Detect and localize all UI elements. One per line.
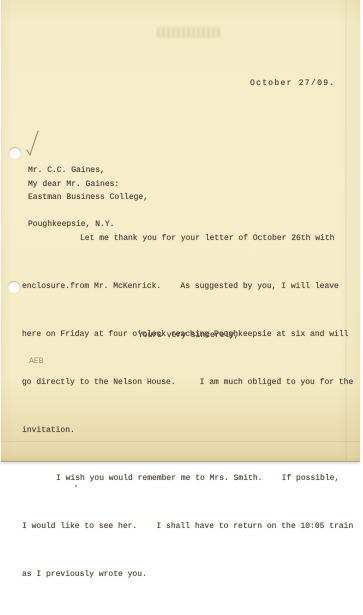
recipient-name: Mr. C.C. Gaines, <box>28 166 148 175</box>
body-line: Let me thank you for your letter of Octo… <box>22 231 353 247</box>
bleedthrough-smudge <box>157 27 221 38</box>
body-line: enclosure.from Mr. McKenrick. As suggest… <box>22 279 353 295</box>
body-line: go directly to the Nelson House. I am mu… <box>22 375 353 391</box>
scan-background: { "document": { "date": "October 27/09."… <box>0 0 363 500</box>
salutation: My dear Mr. Gaines: <box>28 180 119 189</box>
body-line: I wish you would remember me to Mrs. Smi… <box>22 471 353 487</box>
punch-hole <box>8 281 20 293</box>
closing: Yours very sincerely, <box>138 331 239 340</box>
punch-hole <box>9 147 21 159</box>
letter-page: October 27/09. Mr. C.C. Gaines, Eastman … <box>1 0 360 462</box>
letter-body: Let me thank you for your letter of Octo… <box>22 199 353 500</box>
body-line: invitation. <box>22 423 353 439</box>
letter-date: October 27/09. <box>250 79 335 88</box>
scan-speck <box>75 485 77 487</box>
typist-initials: AEB <box>29 357 43 366</box>
